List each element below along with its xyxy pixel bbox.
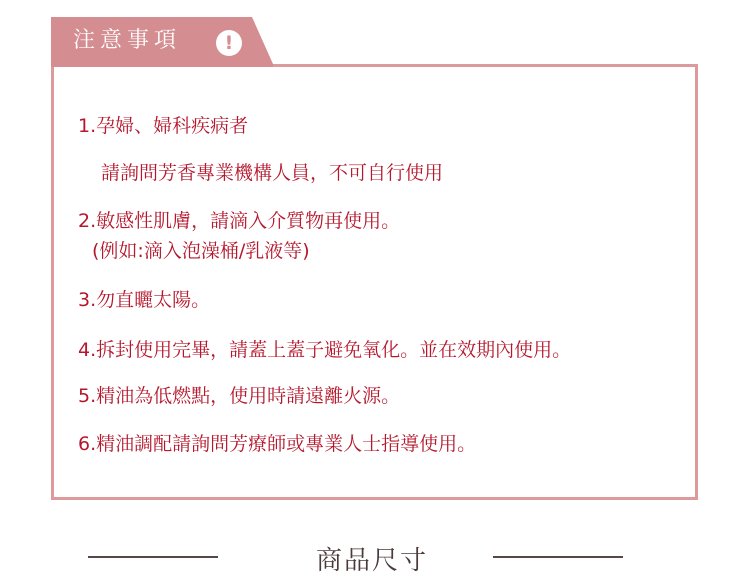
notice-item: 1.孕婦、婦科疾病者 <box>78 111 248 138</box>
divider-left <box>88 556 218 558</box>
notice-item: 請詢問芳香專業機構人員，不可自行使用 <box>101 158 443 185</box>
exclamation-icon: ! <box>216 30 242 56</box>
divider-right <box>493 556 623 558</box>
section-title: 商品尺寸 <box>316 540 428 577</box>
notice-item: 3.勿直曬太陽。 <box>78 285 210 312</box>
notice-tab: 注意事項 ! <box>51 17 273 67</box>
notice-item: 2.敏感性肌膚，請滴入介質物再使用。 <box>78 206 400 233</box>
notice-item: 6.精油調配請詢問芳療師或專業人士指導使用。 <box>78 429 476 456</box>
notice-title: 注意事項 <box>73 25 181 57</box>
notice-item: 5.精油為低燃點，使用時請遠離火源。 <box>78 381 400 408</box>
notice-item: 4.拆封使用完畢，請蓋上蓋子避免氧化。並在效期內使用。 <box>78 335 571 362</box>
notice-item: (例如:滴入泡澡桶/乳液等) <box>92 236 310 263</box>
